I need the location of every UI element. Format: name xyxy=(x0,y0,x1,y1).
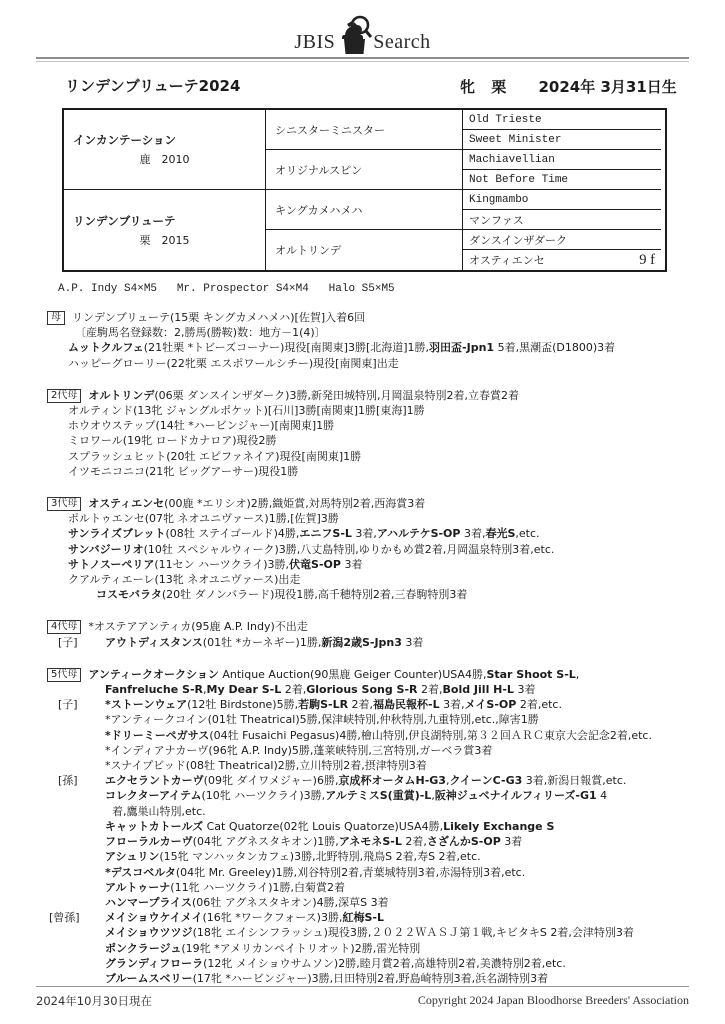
horse-or-race-name: アルトゥーナ xyxy=(105,881,170,894)
record-text: *アンティークコイン(01牡 Theatrical)5勝,保津峡特別,仲秋特別,… xyxy=(105,713,539,726)
horse-or-race-name: ハンマープライス xyxy=(105,896,192,909)
horse-or-race-name: アハルテケS-OP xyxy=(377,527,461,540)
pedigree-line: グランディフローラ(12牝 メイショウサムソン)2勝,睦月賞2着,高雄特別2着,… xyxy=(47,956,695,971)
record-text: 4 xyxy=(597,789,608,802)
horse-or-race-name: My Dear S-L xyxy=(207,683,282,696)
pedigree-line: 4代母*オステアアンティカ(95鹿 A.P. Indy)不出走 xyxy=(47,619,695,634)
ancestor-name: インカンテーション xyxy=(64,132,265,148)
generation-label: 5代母 xyxy=(47,668,81,682)
record-text: 2着, xyxy=(281,683,306,696)
record-text: (12牡 Birdstone)5勝, xyxy=(187,698,298,711)
pedigree-line: コスモバラタ(20牡 ダノンバラード)現役1勝,高千穂特別2着,三春駒特別3着 xyxy=(47,587,695,602)
horse-or-race-name: Fanfreluche S-R xyxy=(105,683,203,696)
pedigree-line: ハッピーグローリー(22牝栗 エスポワールシチー)現役[南関東]出走 xyxy=(47,356,695,371)
pedigree-line: イツモニコニコ(21牝 ビッグアーサー)現役1勝 xyxy=(47,464,695,479)
horse-or-race-name: *ストーンウェア xyxy=(105,698,187,711)
pedigree-grandparent-cell: キングカメハメハ xyxy=(266,190,463,230)
record-text: ,etc. xyxy=(515,527,539,540)
horse-or-race-name: エクセラントカーヴ xyxy=(105,774,204,787)
pedigree-line: ブルームスベリー(17牝 *ハービンジャー)3勝,日田特別2着,野島崎特別3着,… xyxy=(47,971,695,986)
record-text: (08牡 ステイゴールド)4勝, xyxy=(165,527,299,540)
pedigree-line: クアルティエーレ(13牝 ネオユニヴァース)出走 xyxy=(47,572,695,587)
pedigree-line: *ドリーミーペガサス(04牡 Fusaichi Pegasus)4勝,檜山特別,… xyxy=(47,728,695,743)
horse-or-race-name: サトノスーペリア xyxy=(68,558,154,571)
horse-or-race-name: クイーンC-G3 xyxy=(449,774,522,787)
pedigree-line: [孫]エクセラントカーヴ(09牝 ダイワメジャー)6勝,京成杯オータムH-G3,… xyxy=(47,773,695,788)
horse-or-race-name: Likely Exchange S xyxy=(443,820,554,833)
record-text: Antique Auction(90黒鹿 Geiger Counter)USA4… xyxy=(219,668,487,681)
horse-or-race-name: オスティエンセ xyxy=(88,497,164,510)
record-text: (18牝 エイシンフラッシュ)現役3勝,２０２２ＷＡＳＪ第１戦,キビタキS 2着… xyxy=(193,926,634,939)
horse-or-race-name: オルトリンデ xyxy=(88,389,154,402)
pedigree-line: ハンマープライス(06牡 アグネスタキオン)4勝,深草S 3着 xyxy=(47,895,695,910)
horse-or-race-name: *デスコベルタ xyxy=(105,866,176,879)
pedigree-section: 2代母オルトリンデ(06栗 ダンスインザダーク)3勝,新発田城特別,月岡温泉特別… xyxy=(47,388,695,479)
horse-or-race-name: 紅梅S-L xyxy=(342,911,384,924)
pedigree-line: *アンティークコイン(01牡 Theatrical)5勝,保津峡特別,仲秋特別,… xyxy=(47,712,695,727)
pedigree-line: ポルトゥエンセ(07牝 ネオユニヴァース)1勝,[佐賀]3勝 xyxy=(47,511,695,526)
pedigree-line: 2代母オルトリンデ(06栗 ダンスインザダーク)3勝,新発田城特別,月岡温泉特別… xyxy=(47,388,695,403)
pedigree-line: Fanfreluche S-R,My Dear S-L 2着,Glorious … xyxy=(47,682,695,697)
record-text: ポルトゥエンセ(07牝 ネオユニヴァース)1勝,[佐賀]3勝 xyxy=(68,512,339,525)
relation-tag: [子] xyxy=(58,697,78,712)
birthdate-label: 2024年 3月31日生 xyxy=(539,78,677,96)
record-text: (04牡 Fusaichi Pegasus)4勝,檜山特別,伊良湖特別,第３２回… xyxy=(209,729,652,742)
record-text: ホウオウステップ(14牡 *ハービンジャー)[南関東]1勝 xyxy=(68,419,334,432)
record-text: 3着, xyxy=(440,698,465,711)
horse-or-race-name: エニフS-L xyxy=(299,527,352,540)
horse-or-race-name: 福島民報杯-L xyxy=(373,698,440,711)
pedigree-line: [曾孫]メイショウケイメイ(16牝 *ワークフォース)3勝,紅梅S-L xyxy=(47,910,695,925)
ancestor-name: Sweet Minister xyxy=(469,134,561,146)
horse-or-race-name: 伏竜S-OP xyxy=(289,558,341,571)
pedigree-line: *デスコベルタ(04牝 Mr. Greeley)1勝,刈谷特別2着,青葉城特別3… xyxy=(47,865,695,880)
horse-or-race-name: グランディフローラ xyxy=(105,957,203,970)
coat-label: 栗 xyxy=(491,78,506,96)
record-text: 3着 xyxy=(402,636,424,649)
pedigree-section: 母リンデンブリューテ(15栗 キングカメハメハ)[佐賀]入着6回〔産駒馬名登録数… xyxy=(47,310,695,371)
horse-name-title: リンデンブリューテ2024 xyxy=(65,77,240,95)
horse-or-race-name: メイショウツツジ xyxy=(105,926,193,939)
relation-tag: [子] xyxy=(58,635,78,650)
logo-text-jbis: JBIS xyxy=(294,31,335,54)
record-text: 3着, xyxy=(460,527,485,540)
horse-or-race-name: アンティークオークション xyxy=(88,668,218,681)
record-text: Cat Quatorze(02牝 Louis Quatorze)USA4勝, xyxy=(203,820,443,833)
record-text: (10牡 スペシャルウィーク)3勝,八丈島特別,ゆりかもめ賞2着,月岡温泉特別3… xyxy=(144,543,555,556)
horse-or-race-name: コレクターアイテム xyxy=(105,789,201,802)
horse-or-race-name: Glorious Song S-R xyxy=(306,683,417,696)
pedigree-table: インカンテーション鹿 2010リンデンブリューテ栗 2015シニスターミニスター… xyxy=(62,108,667,272)
horse-or-race-name: キャットカトールズ xyxy=(105,820,203,833)
ancestor-coat-year: 栗 2015 xyxy=(64,232,265,248)
pedigree-greatgrandparent-cell: Kingmambo xyxy=(463,190,661,210)
title-row: リンデンブリューテ2024 牝 栗 2024年 3月31日生 xyxy=(65,75,690,99)
horse-or-race-name: 阪神ジュベナイルフィリーズ-G1 xyxy=(435,789,597,802)
record-text: 3着 xyxy=(501,835,523,848)
record-text: , xyxy=(576,668,580,681)
pedigree-line: ポンクラージュ(19牝 *アメリカンペイトリオット)2勝,雷光特別 xyxy=(47,941,695,956)
horse-or-race-name: 新潟2歳S-Jpn3 xyxy=(321,636,402,649)
pedigree-section: 4代母*オステアアンティカ(95鹿 A.P. Indy)不出走[子]アウトディス… xyxy=(47,619,695,649)
pedigree-parent-cell: リンデンブリューテ栗 2015 xyxy=(64,190,266,270)
pedigree-report-page: { "header": { "logo_left": "JBIS", "logo… xyxy=(0,0,725,1024)
record-text: 3着 xyxy=(514,683,536,696)
record-text: (11セン ハーツクライ)3勝, xyxy=(154,558,289,571)
ancestor-name: リンデンブリューテ xyxy=(64,213,265,229)
record-text: 着,鷹巣山特別,etc. xyxy=(112,805,206,818)
record-text: ミロワール(19牝 ロードカナロア)現役2勝 xyxy=(68,434,277,447)
pedigree-greatgrandparent-cell: Machiavellian xyxy=(463,150,661,170)
ancestor-name: Machiavellian xyxy=(469,154,555,166)
horse-or-race-name: サンバジーリオ xyxy=(68,543,144,556)
record-text: リンデンブリューテ(15栗 キングカメハメハ)[佐賀]入着6回 xyxy=(72,311,365,324)
pedigree-line: 〔産駒馬名登録数：2,勝馬(勝鞍)数：地方－1(4)〕 xyxy=(47,325,695,340)
record-text: *スナイプビッド(08牡 Theatrical)2勝,立川特別2着,摂津特別3着 xyxy=(105,759,427,772)
horse-magnifier-logo-icon xyxy=(338,14,372,56)
pedigree-greatgrandparent-cell: オスティエンセ9 f xyxy=(463,250,661,270)
record-text: (09牝 ダイワメジャー)6勝, xyxy=(204,774,339,787)
horse-or-race-name: メイS-OP xyxy=(465,698,517,711)
record-text: ハッピーグローリー(22牝栗 エスポワールシチー)現役[南関東]出走 xyxy=(68,357,399,370)
generation-label: 3代母 xyxy=(47,497,81,511)
pedigree-line: メイショウツツジ(18牝 エイシンフラッシュ)現役3勝,２０２２ＷＡＳＪ第１戦,… xyxy=(47,925,695,940)
ancestor-name: Old Trieste xyxy=(469,114,542,126)
horse-or-race-name: ブルームスベリー xyxy=(105,972,193,985)
ancestor-name: オスティエンセ xyxy=(469,252,545,268)
horse-or-race-name: メイショウケイメイ xyxy=(105,911,202,924)
copyright-notice: Copyright 2024 Japan Bloodhorse Breeders… xyxy=(418,993,689,1009)
horse-or-race-name: アネモネS-L xyxy=(339,835,402,848)
record-text: (11牝 ハーツクライ)1勝,白菊賞2着 xyxy=(170,881,345,894)
ancestor-name: Not Before Time xyxy=(469,174,568,186)
pedigree-line: *インディアナカーヴ(96牝 A.P. Indy)5勝,蓬莱峡特別,三宮特別,ガ… xyxy=(47,743,695,758)
pedigree-line: [子]*ストーンウェア(12牡 Birdstone)5勝,若駒S-LR 2着,福… xyxy=(47,697,695,712)
horse-or-race-name: Bold Jill H-L xyxy=(443,683,514,696)
record-text: (15牝 マンハッタンカフェ)3勝,北野特別,飛鳥S 2着,寿S 2着,etc. xyxy=(159,850,480,863)
record-text: (00鹿 *エリシオ)2勝,織姫賞,対馬特別2着,西海賞3着 xyxy=(164,497,425,510)
record-text: オルティンド(13牝 ジャングルポケット)[石川]3勝[南関東]1勝[東海]1勝 xyxy=(68,404,425,417)
record-text: (21牡栗 *トビーズコーナー)現役[南関東]3勝[北海道]1勝, xyxy=(144,341,429,354)
record-text: (20牡 ダノンバラード)現役1勝,高千穂特別2着,三春駒特別3着 xyxy=(162,588,468,601)
pedigree-line: 着,鷹巣山特別,etc. xyxy=(47,804,695,819)
horse-or-race-name: アルテミスS(重賞)-L xyxy=(325,789,431,802)
ancestor-name: ダンスインザダーク xyxy=(469,232,567,248)
pedigree-parent-cell: インカンテーション鹿 2010 xyxy=(64,110,266,190)
pedigree-line: アシュリン(15牝 マンハッタンカフェ)3勝,北野特別,飛鳥S 2着,寿S 2着… xyxy=(47,849,695,864)
pedigree-line: 母リンデンブリューテ(15栗 キングカメハメハ)[佐賀]入着6回 xyxy=(47,310,695,325)
horse-or-race-name: ポンクラージュ xyxy=(105,942,181,955)
generation-label: 4代母 xyxy=(47,620,81,634)
pedigree-line: アルトゥーナ(11牝 ハーツクライ)1勝,白菊賞2着 xyxy=(47,880,695,895)
record-text: 3着, xyxy=(352,527,377,540)
horse-or-race-name: アシュリン xyxy=(105,850,159,863)
horse-or-race-name: Star Shoot S-L xyxy=(486,668,575,681)
record-text: 3着,新潟日報賞,etc. xyxy=(522,774,626,787)
pedigree-greatgrandparent-cell: マンファス xyxy=(463,210,661,230)
header-divider xyxy=(36,57,689,62)
record-text: (04牝 Mr. Greeley)1勝,刈谷特別2着,青葉城特別3着,赤湯特別3… xyxy=(176,866,525,879)
record-text: *オステアアンティカ(95鹿 A.P. Indy)不出走 xyxy=(88,620,307,633)
horse-or-race-name: 若駒S-LR xyxy=(298,698,348,711)
ancestor-name: Kingmambo xyxy=(469,194,528,206)
horse-or-race-name: 春光S xyxy=(485,527,515,540)
horse-or-race-name: コスモバラタ xyxy=(96,588,162,601)
as-of-date: 2024年10月30日現在 xyxy=(36,993,152,1009)
record-text: 2着, xyxy=(402,835,427,848)
page-footer: 2024年10月30日現在 Copyright 2024 Japan Blood… xyxy=(0,986,725,1009)
jbis-search-logo: JBIS Search xyxy=(0,0,725,54)
horse-or-race-name: フローラルカーヴ xyxy=(105,835,193,848)
generation-label: 2代母 xyxy=(47,389,81,403)
horse-or-race-name: さざんかS-OP xyxy=(427,835,501,848)
record-text: (06牡 アグネスタキオン)4勝,深草S 3着 xyxy=(192,896,389,909)
horse-or-race-name: サンライズブレット xyxy=(68,527,165,540)
pedigree-line: ホウオウステップ(14牡 *ハービンジャー)[南関東]1勝 xyxy=(47,418,695,433)
pedigree-line: 5代母アンティークオークション Antique Auction(90黒鹿 Gei… xyxy=(47,667,695,682)
horse-or-race-name: ムットクルフェ xyxy=(68,341,144,354)
record-text: (19牝 *アメリカンペイトリオット)2勝,雷光特別 xyxy=(181,942,420,955)
pedigree-grandparent-cell: オリジナルスピン xyxy=(266,150,463,190)
pedigree-line: サンバジーリオ(10牡 スペシャルウィーク)3勝,八丈島特別,ゆりかもめ賞2着,… xyxy=(47,542,695,557)
record-text: 2着,etc. xyxy=(516,698,562,711)
pedigree-section: 3代母オスティエンセ(00鹿 *エリシオ)2勝,織姫賞,対馬特別2着,西海賞3着… xyxy=(47,496,695,602)
footer-divider xyxy=(36,986,689,987)
family-number: 9 f xyxy=(639,252,661,269)
horse-or-race-name: アウトディスタンス xyxy=(105,636,203,649)
pedigree-line: ミロワール(19牝 ロードカナロア)現役2勝 xyxy=(47,433,695,448)
generation-label: 母 xyxy=(47,311,65,325)
relation-tag: [孫] xyxy=(58,773,78,788)
record-text: (12牝 メイショウサムソン)2勝,睦月賞2着,高雄特別2着,美濃特別2着,et… xyxy=(203,957,566,970)
pedigree-line: サトノスーペリア(11セン ハーツクライ)3勝,伏竜S-OP 3着 xyxy=(47,557,695,572)
record-text: 3着 xyxy=(341,558,363,571)
record-text: 2着, xyxy=(418,683,443,696)
record-text: *インディアナカーヴ(96牝 A.P. Indy)5勝,蓬莱峡特別,三宮特別,ガ… xyxy=(105,744,492,757)
record-text: (04牝 アグネスタキオン)1勝, xyxy=(193,835,339,848)
pedigree-grandparent-cell: シニスターミニスター xyxy=(266,110,463,150)
sections: 母リンデンブリューテ(15栗 キングカメハメハ)[佐賀]入着6回〔産駒馬名登録数… xyxy=(47,310,695,986)
pedigree-line: [子]アウトディスタンス(01牡 *カーネギー)1勝,新潟2歳S-Jpn3 3着 xyxy=(47,635,695,650)
horse-or-race-name: *ドリーミーペガサス xyxy=(105,729,209,742)
pedigree-greatgrandparent-cell: Not Before Time xyxy=(463,170,661,190)
pedigree-greatgrandparent-cell: Sweet Minister xyxy=(463,130,661,150)
record-text: (17牝 *ハービンジャー)3勝,日田特別2着,野島崎特別3着,浜名湖特別3着 xyxy=(193,972,549,985)
record-text: クアルティエーレ(13牝 ネオユニヴァース)出走 xyxy=(68,573,300,586)
record-text: (16牝 *ワークフォース)3勝, xyxy=(202,911,342,924)
pedigree-line: サンライズブレット(08牡 ステイゴールド)4勝,エニフS-L 3着,アハルテケ… xyxy=(47,526,695,541)
pedigree-greatgrandparent-cell: ダンスインザダーク xyxy=(463,230,661,250)
relation-tag: [曾孫] xyxy=(49,910,80,925)
record-text: 5着,黒潮盃(D1800)3着 xyxy=(494,341,615,354)
pedigree-greatgrandparent-cell: Old Trieste xyxy=(463,110,661,130)
record-text: (01牡 *カーネギー)1勝, xyxy=(203,636,322,649)
record-text: 2着, xyxy=(348,698,373,711)
pedigree-grandparent-cell: オルトリンデ xyxy=(266,230,463,270)
pedigree-line: ムットクルフェ(21牡栗 *トビーズコーナー)現役[南関東]3勝[北海道]1勝,… xyxy=(47,340,695,355)
pedigree-line: キャットカトールズ Cat Quatorze(02牝 Louis Quatorz… xyxy=(47,819,695,834)
record-text: (06栗 ダンスインザダーク)3勝,新発田城特別,月岡温泉特別2着,立春賞2着 xyxy=(154,389,519,402)
pedigree-line: オルティンド(13牝 ジャングルポケット)[石川]3勝[南関東]1勝[東海]1勝 xyxy=(47,403,695,418)
record-text: スプラッシュヒット(20牡 エピファネイア)現役[南関東]1勝 xyxy=(68,450,361,463)
pedigree-line: コレクターアイテム(10牝 ハーツクライ)3勝,アルテミスS(重賞)-L,阪神ジ… xyxy=(47,788,695,803)
pedigree-section: 5代母アンティークオークション Antique Auction(90黒鹿 Gei… xyxy=(47,667,695,986)
ancestor-coat-year: 鹿 2010 xyxy=(64,151,265,167)
pedigree-line: フローラルカーヴ(04牝 アグネスタキオン)1勝,アネモネS-L 2着,さざんか… xyxy=(47,834,695,849)
inbreeding-crosses: A.P. Indy S4×M5 Mr. Prospector S4×M4 Hal… xyxy=(58,283,725,295)
horse-or-race-name: 羽田盃-Jpn1 xyxy=(429,341,494,354)
ancestor-name: マンファス xyxy=(469,212,524,228)
sex-coat-birthdate: 牝 栗 2024年 3月31日生 xyxy=(460,76,677,97)
logo-text-search: Search xyxy=(373,31,430,54)
record-text: (10牝 ハーツクライ)3勝, xyxy=(201,789,325,802)
pedigree-line: *スナイプビッド(08牡 Theatrical)2勝,立川特別2着,摂津特別3着 xyxy=(47,758,695,773)
record-text: 〔産駒馬名登録数：2,勝馬(勝鞍)数：地方－1(4)〕 xyxy=(75,326,326,339)
pedigree-line: 3代母オスティエンセ(00鹿 *エリシオ)2勝,織姫賞,対馬特別2着,西海賞3着 xyxy=(47,496,695,511)
record-text: イツモニコニコ(21牝 ビッグアーサー)現役1勝 xyxy=(68,465,298,478)
pedigree-line: スプラッシュヒット(20牡 エピファネイア)現役[南関東]1勝 xyxy=(47,449,695,464)
sex-label: 牝 xyxy=(460,78,475,96)
horse-or-race-name: 京成杯オータムH-G3 xyxy=(338,774,445,787)
